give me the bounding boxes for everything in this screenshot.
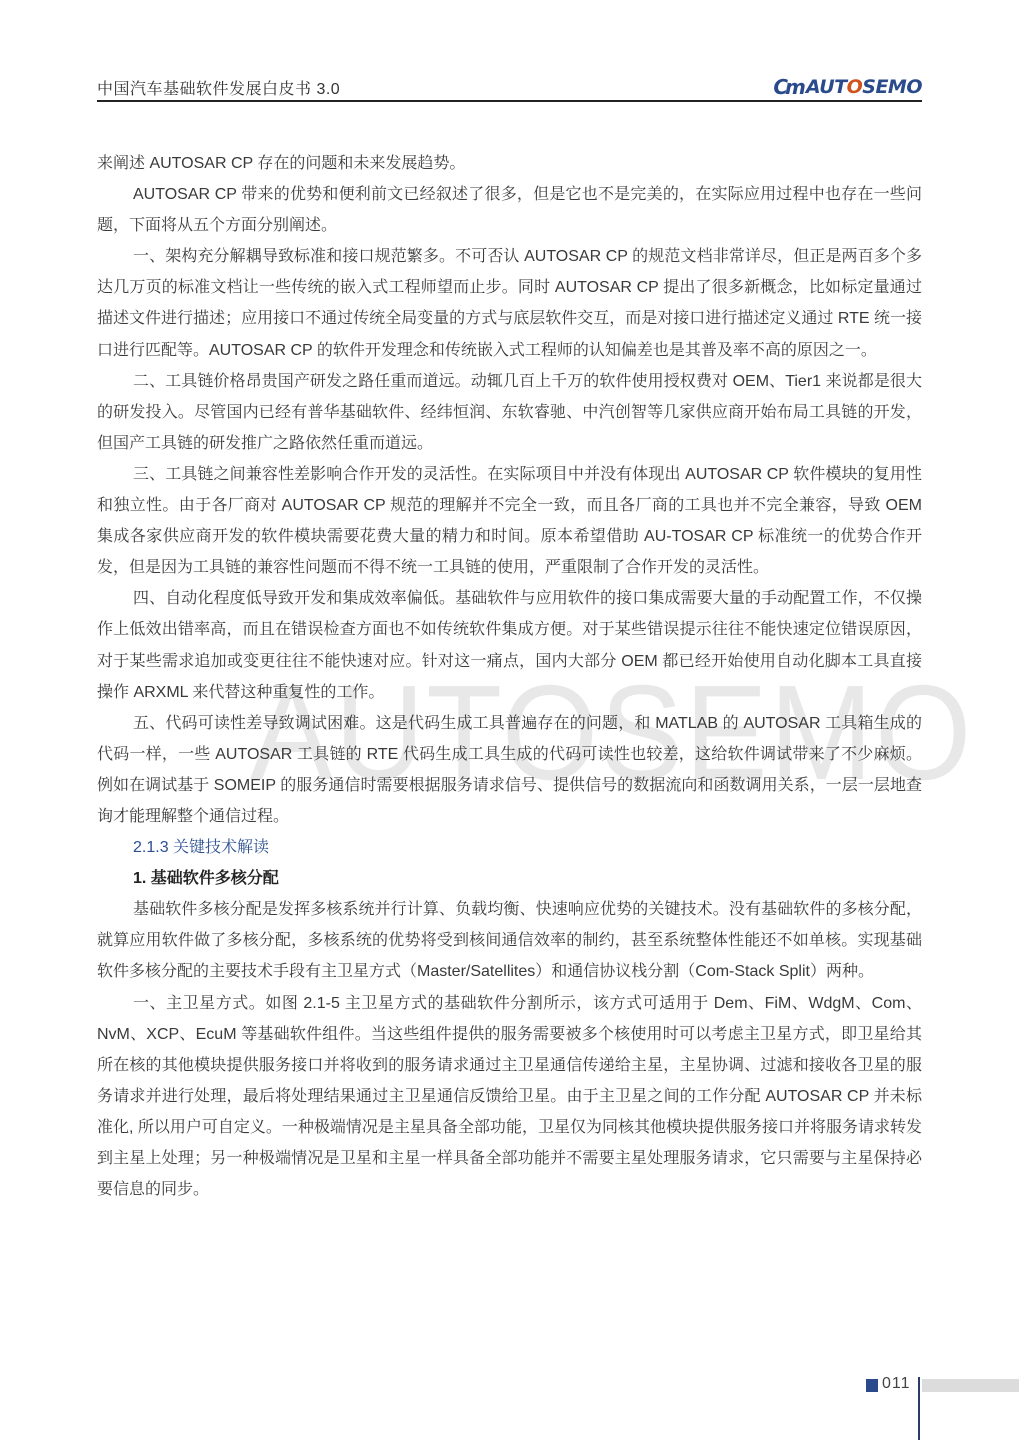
paragraph: 五、代码可读性差导致调试困难。这是代码生成工具普遍存在的问题，和 MATLAB … [97,708,922,832]
document-title: 中国汽车基础软件发展白皮书 3.0 [97,76,340,99]
page-header: 中国汽车基础软件发展白皮书 3.0 Cm AUTOSEMO [97,74,922,100]
page-number: 011 [882,1375,911,1393]
logo-text-o-accent: O [847,76,863,98]
page-marker-icon [866,1379,878,1392]
logo-text-part-a: AUT [806,76,847,98]
autosemo-logo: Cm AUTOSEMO [773,74,922,100]
section-heading: 2.1.3 关键技术解读 [97,832,922,863]
paragraph: 三、工具链之间兼容性差影响合作开发的灵活性。在实际项目中并没有体现出 AUTOS… [97,459,922,583]
sub-heading: 1. 基础软件多核分配 [97,863,922,894]
paragraph: 二、工具链价格昂贵国产研发之路任重而道远。动辄几百上千万的软件使用授权费对 OE… [97,366,922,459]
logo-mark-icon: Cm [773,75,803,99]
paragraph: 来阐述 AUTOSAR CP 存在的问题和未来发展趋势。 [97,148,922,179]
logo-wordmark: AUTOSEMO [806,76,922,98]
page-footer: 011 [0,1370,1019,1440]
paragraph: 基础软件多核分配是发挥多核系统并行计算、负载均衡、快速响应优势的关键技术。没有基… [97,894,922,987]
paragraph: AUTOSAR CP 带来的优势和便利前文已经叙述了很多，但是它也不是完美的，在… [97,179,922,241]
logo-text-part-b: SEMO [862,76,922,98]
page-body: 来阐述 AUTOSAR CP 存在的问题和未来发展趋势。 AUTOSAR CP … [97,148,922,1205]
footer-bar [922,1379,1019,1392]
header-divider [97,100,922,102]
footer-divider [918,1377,920,1440]
paragraph: 一、架构充分解耦导致标准和接口规范繁多。不可否认 AUTOSAR CP 的规范文… [97,241,922,365]
paragraph: 一、主卫星方式。如图 2.1-5 主卫星方式的基础软件分割所示，该方式可适用于 … [97,988,922,1206]
paragraph: 四、自动化程度低导致开发和集成效率偏低。基础软件与应用软件的接口集成需要大量的手… [97,583,922,707]
